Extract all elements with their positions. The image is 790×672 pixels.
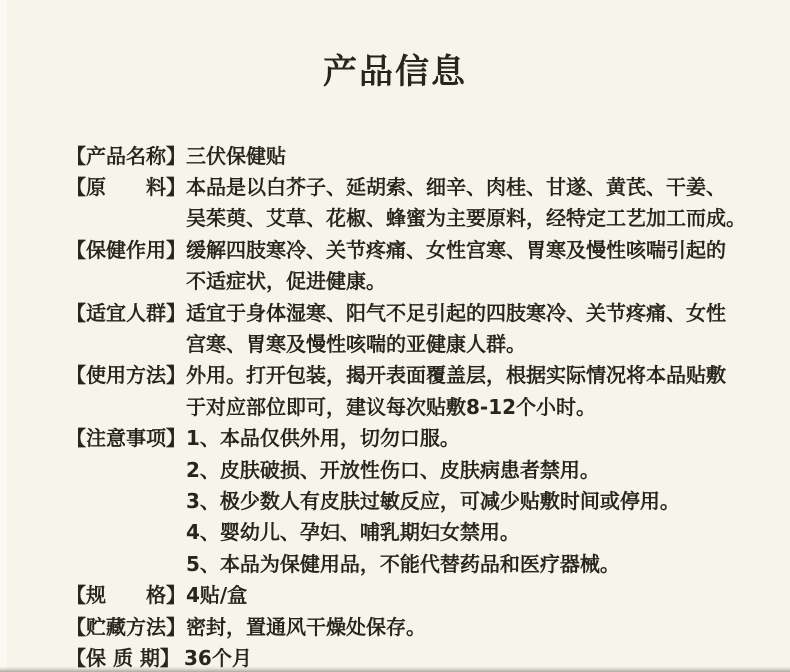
info-row: 【贮藏方法】密封，置通风干燥处保存。 xyxy=(66,612,732,643)
section-label: 【适宜人群】 xyxy=(66,298,186,329)
section-line: 三伏保健贴 xyxy=(186,141,732,172)
info-row: 【原 料】本品是以白芥子、延胡索、细辛、肉桂、甘遂、黄芪、干姜、吴茱萸、艾草、花… xyxy=(66,172,732,235)
section-content: 三伏保健贴 xyxy=(186,141,732,172)
section-label: 【规 格】 xyxy=(66,580,186,611)
product-info-list: 【产品名称】三伏保健贴【原 料】本品是以白芥子、延胡索、细辛、肉桂、甘遂、黄芪、… xyxy=(0,116,790,672)
info-row: 【注意事项】1、本品仅供外用，切勿口服。2、皮肤破损、开放性伤口、皮肤病患者禁用… xyxy=(66,423,732,580)
info-row: 【保 质 期】36个月 xyxy=(66,643,732,672)
section-label: 【贮藏方法】 xyxy=(66,612,186,643)
section-line: 吴茱萸、艾草、花椒、蜂蜜为主要原料，经特定工艺加工而成。 xyxy=(186,203,732,234)
info-row: 【产品名称】三伏保健贴 xyxy=(66,141,732,172)
section-line: 外用。打开包装，揭开表面覆盖层，根据实际情况将本品贴敷 xyxy=(186,360,732,391)
section-content: 1、本品仅供外用，切勿口服。2、皮肤破损、开放性伤口、皮肤病患者禁用。3、极少数… xyxy=(186,423,732,580)
section-label: 【注意事项】 xyxy=(66,423,186,454)
section-line: 3、极少数人有皮肤过敏反应，可减少贴敷时间或停用。 xyxy=(186,486,732,517)
section-line: 2、皮肤破损、开放性伤口、皮肤病患者禁用。 xyxy=(186,455,732,486)
section-line: 1、本品仅供外用，切勿口服。 xyxy=(186,423,732,454)
section-line: 4、婴幼儿、孕妇、哺乳期妇女禁用。 xyxy=(186,517,732,548)
section-label: 【产品名称】 xyxy=(66,141,186,172)
section-line: 本品是以白芥子、延胡索、细辛、肉桂、甘遂、黄芪、干姜、 xyxy=(186,172,732,203)
info-row: 【保健作用】缓解四肢寒冷、关节疼痛、女性宫寒、胃寒及慢性咳喘引起的不适症状，促进… xyxy=(66,235,732,298)
section-line: 缓解四肢寒冷、关节疼痛、女性宫寒、胃寒及慢性咳喘引起的 xyxy=(186,235,732,266)
section-label: 【原 料】 xyxy=(66,172,186,203)
section-content: 4贴/盒 xyxy=(186,580,732,611)
info-row: 【使用方法】外用。打开包装，揭开表面覆盖层，根据实际情况将本品贴敷于对应部位即可… xyxy=(66,360,732,423)
section-line: 不适症状，促进健康。 xyxy=(186,266,732,297)
section-line: 密封，置通风干燥处保存。 xyxy=(186,612,732,643)
section-content: 适宜于身体湿寒、阳气不足引起的四肢寒冷、关节疼痛、女性宫寒、胃寒及慢性咳喘的亚健… xyxy=(186,298,732,361)
section-content: 密封，置通风干燥处保存。 xyxy=(186,612,732,643)
section-line: 36个月 xyxy=(184,643,732,672)
info-row: 【规 格】4贴/盒 xyxy=(66,580,732,611)
section-content: 36个月 xyxy=(184,643,732,672)
section-content: 缓解四肢寒冷、关节疼痛、女性宫寒、胃寒及慢性咳喘引起的不适症状，促进健康。 xyxy=(186,235,732,298)
section-content: 本品是以白芥子、延胡索、细辛、肉桂、甘遂、黄芪、干姜、吴茱萸、艾草、花椒、蜂蜜为… xyxy=(186,172,732,235)
info-row: 【适宜人群】适宜于身体湿寒、阳气不足引起的四肢寒冷、关节疼痛、女性宫寒、胃寒及慢… xyxy=(66,298,732,361)
section-label: 【使用方法】 xyxy=(66,360,186,391)
section-line: 宫寒、胃寒及慢性咳喘的亚健康人群。 xyxy=(186,329,732,360)
section-line: 适宜于身体湿寒、阳气不足引起的四肢寒冷、关节疼痛、女性 xyxy=(186,298,732,329)
page-title: 产品信息 xyxy=(0,23,790,93)
section-line: 于对应部位即可，建议每次贴敷8-12个小时。 xyxy=(186,392,732,423)
section-label: 【保健作用】 xyxy=(66,235,186,266)
section-content: 外用。打开包装，揭开表面覆盖层，根据实际情况将本品贴敷于对应部位即可，建议每次贴… xyxy=(186,360,732,423)
section-label: 【保 质 期】 xyxy=(66,643,184,672)
section-line: 5、本品为保健用品，不能代替药品和医疗器械。 xyxy=(186,549,732,580)
product-info-page: 产品信息 【产品名称】三伏保健贴【原 料】本品是以白芥子、延胡索、细辛、肉桂、甘… xyxy=(0,0,790,672)
section-line: 4贴/盒 xyxy=(186,580,732,611)
